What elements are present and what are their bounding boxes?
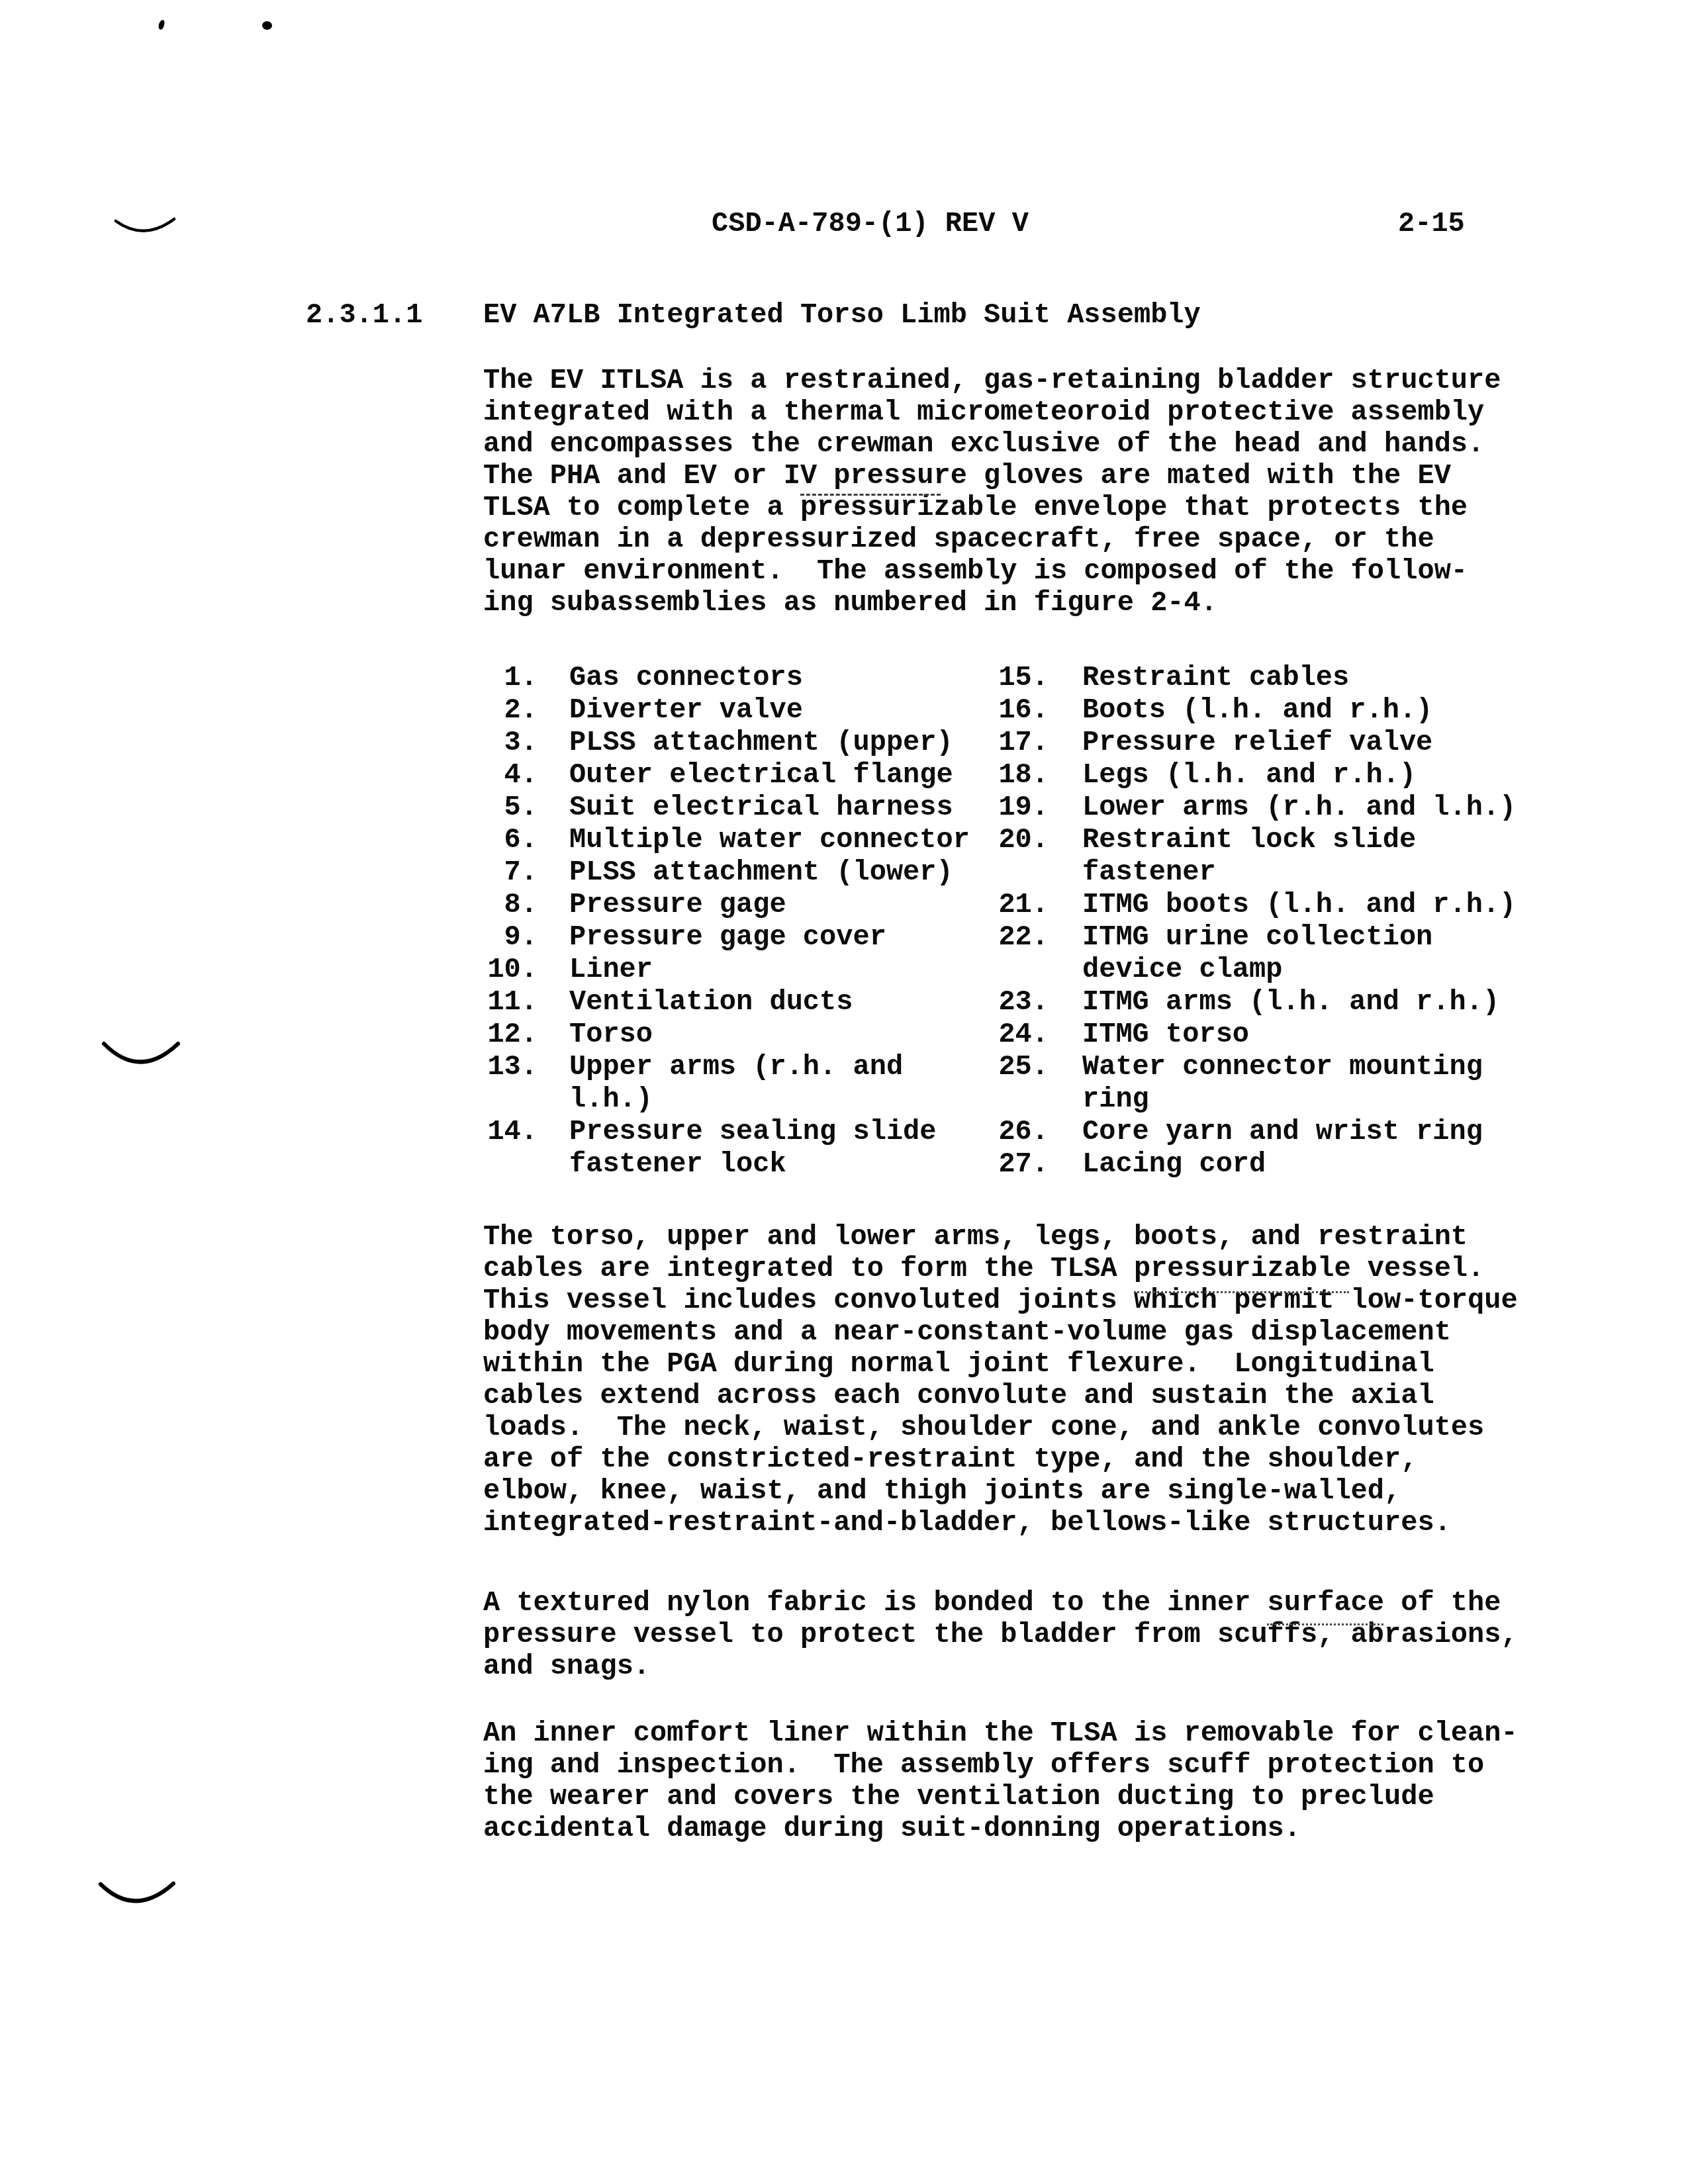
list-item-number: 11. [483, 986, 538, 1019]
list-item-number: 20. [998, 824, 1049, 856]
list-item-text: Torso [569, 1019, 653, 1051]
paragraph-comfort-liner: An inner comfort liner within the TLSA i… [483, 1717, 1556, 1844]
list-item-text: ITMG boots (l.h. and r.h.) [1082, 889, 1516, 921]
typewriter-correction-overline [800, 494, 941, 496]
list-item-number: 13. [483, 1051, 538, 1083]
list-item-number: 4. [483, 759, 538, 792]
list-item-number: 18. [998, 759, 1049, 792]
list-item-number: 2. [483, 694, 538, 727]
list-item-number: 14. [483, 1116, 538, 1148]
list-item-number: 17. [998, 727, 1049, 759]
scanned-document-page: { "header": { "doc_number": "CSD-A-789-(… [0, 0, 1684, 2184]
list-item: 14.Pressure sealing slide fastener lock [483, 1116, 1000, 1181]
list-item: 24.ITMG torso [998, 1019, 1528, 1051]
list-item-number: 8. [483, 889, 538, 921]
list-item-number: 12. [483, 1019, 538, 1051]
list-item: 22.ITMG urine collection device clamp [998, 921, 1528, 986]
list-item-number: 16. [998, 694, 1049, 727]
list-item: 23.ITMG arms (l.h. and r.h.) [998, 986, 1528, 1019]
list-item: 11.Ventilation ducts [483, 986, 1000, 1019]
list-item-number: 15. [998, 662, 1049, 694]
list-item-text: Restraint lock slide fastener [1082, 824, 1416, 889]
list-item: 5.Suit electrical harness [483, 792, 1000, 824]
subassembly-list-left: 1.Gas connectors2.Diverter valve3.PLSS a… [483, 662, 1000, 1181]
list-item-text: Water connector mounting ring [1082, 1051, 1483, 1116]
list-item: 26.Core yarn and wrist ring [998, 1116, 1528, 1148]
list-item-text: Outer electrical flange [569, 759, 953, 792]
list-item: 21.ITMG boots (l.h. and r.h.) [998, 889, 1528, 921]
list-item-number: 26. [998, 1116, 1049, 1148]
list-item-number: 24. [998, 1019, 1049, 1051]
list-item: 1.Gas connectors [483, 662, 1000, 694]
list-item-text: ITMG urine collection device clamp [1082, 921, 1432, 986]
list-item-text: Diverter valve [569, 694, 803, 727]
list-item-number: 6. [483, 824, 538, 856]
list-item: 9.Pressure gage cover [483, 921, 1000, 954]
list-item: 2.Diverter valve [483, 694, 1000, 727]
scan-speck-dot [262, 21, 272, 30]
list-item: 10.Liner [483, 954, 1000, 986]
section-title: EV A7LB Integrated Torso Limb Suit Assem… [483, 299, 1201, 331]
list-item-text: Multiple water connector [569, 824, 970, 856]
list-item-number: 25. [998, 1051, 1049, 1083]
paragraph-pressurizable-vessel: The torso, upper and lower arms, legs, b… [483, 1221, 1556, 1539]
list-item: 25.Water connector mounting ring [998, 1051, 1528, 1116]
list-item-number: 5. [483, 792, 538, 824]
list-item-text: Pressure gage cover [569, 921, 886, 954]
header-page-number: 2-15 [1398, 208, 1465, 240]
list-item-number: 9. [483, 921, 538, 954]
list-item-number: 19. [998, 792, 1049, 824]
margin-curve-mark-top [113, 215, 179, 247]
header-doc-number: CSD-A-789-(1) REV V [712, 208, 1029, 240]
list-item-text: Core yarn and wrist ring [1082, 1116, 1483, 1148]
list-item-text: Legs (l.h. and r.h.) [1082, 759, 1416, 792]
list-item-number: 3. [483, 727, 538, 759]
list-item-text: Gas connectors [569, 662, 803, 694]
scan-speck-comma [158, 19, 165, 30]
list-item-text: ITMG torso [1082, 1019, 1249, 1051]
list-item: 8.Pressure gage [483, 889, 1000, 921]
paragraph-nylon-fabric: A textured nylon fabric is bonded to the… [483, 1587, 1556, 1682]
margin-curve-mark-bottom [96, 1878, 178, 1921]
scan-artifact-underline-pressurizable [1134, 1291, 1349, 1293]
list-item-text: ITMG arms (l.h. and r.h.) [1082, 986, 1499, 1019]
list-item-number: 7. [483, 856, 538, 889]
list-item-text: Liner [569, 954, 653, 986]
list-item: 6.Multiple water connector [483, 824, 1000, 856]
list-item-text: Suit electrical harness [569, 792, 953, 824]
list-item-number: 27. [998, 1148, 1049, 1181]
list-item-number: 21. [998, 889, 1049, 921]
margin-curve-mark-middle [99, 1038, 183, 1081]
list-item: 19.Lower arms (r.h. and l.h.) [998, 792, 1528, 824]
list-item: 16.Boots (l.h. and r.h.) [998, 694, 1528, 727]
paragraph-itlsa-overview: The EV ITLSA is a restrained, gas-retain… [483, 365, 1556, 619]
list-item-number: 23. [998, 986, 1049, 1019]
list-item-number: 1. [483, 662, 538, 694]
section-number: 2.3.1.1 [306, 299, 422, 331]
list-item: 7.PLSS attachment (lower) [483, 856, 1000, 889]
list-item: 15.Restraint cables [998, 662, 1528, 694]
scan-artifact-underline-surface [1267, 1623, 1383, 1625]
list-item-text: Pressure relief valve [1082, 727, 1432, 759]
list-item-text: Lower arms (r.h. and l.h.) [1082, 792, 1516, 824]
list-item-text: PLSS attachment (upper) [569, 727, 953, 759]
list-item-text: PLSS attachment (lower) [569, 856, 953, 889]
list-item: 12.Torso [483, 1019, 1000, 1051]
list-item: 17.Pressure relief valve [998, 727, 1528, 759]
subassembly-list-right: 15.Restraint cables16.Boots (l.h. and r.… [998, 662, 1528, 1181]
list-item-number: 22. [998, 921, 1049, 954]
list-item-text: Upper arms (r.h. and l.h.) [569, 1051, 903, 1116]
list-item-text: Pressure sealing slide fastener lock [569, 1116, 937, 1181]
list-item-text: Pressure gage [569, 889, 786, 921]
list-item: 18.Legs (l.h. and r.h.) [998, 759, 1528, 792]
list-item-text: Lacing cord [1082, 1148, 1266, 1181]
list-item-text: Ventilation ducts [569, 986, 853, 1019]
list-item: 13.Upper arms (r.h. and l.h.) [483, 1051, 1000, 1116]
list-item-text: Restraint cables [1082, 662, 1349, 694]
list-item: 20.Restraint lock slide fastener [998, 824, 1528, 889]
list-item: 3.PLSS attachment (upper) [483, 727, 1000, 759]
list-item-number: 10. [483, 954, 538, 986]
list-item-text: Boots (l.h. and r.h.) [1082, 694, 1432, 727]
list-item: 4.Outer electrical flange [483, 759, 1000, 792]
list-item: 27.Lacing cord [998, 1148, 1528, 1181]
